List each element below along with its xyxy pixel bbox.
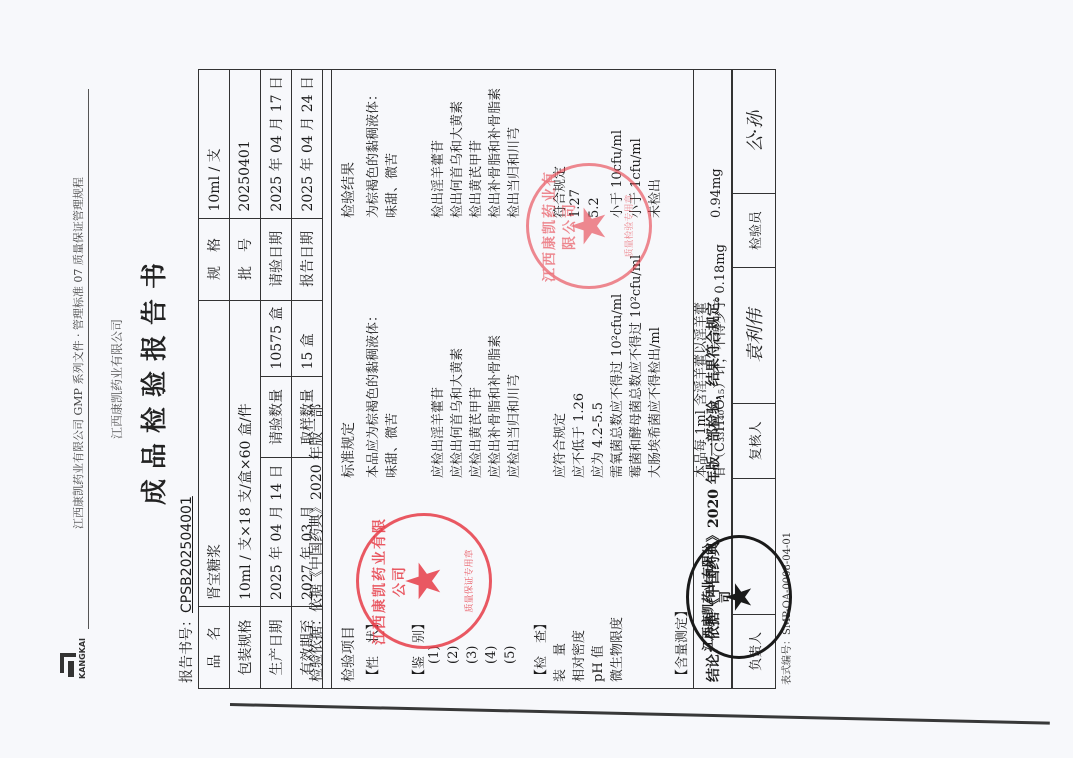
header-divider (88, 89, 89, 629)
result-row-standard: 霉菌和酵母菌总数应不得过 10²cfu/ml (625, 255, 644, 478)
label-inspector: 检验员 (733, 193, 776, 267)
request-date: 2025 年 04 月 17 日 (261, 70, 292, 219)
result-row-item: pH 值 (587, 645, 606, 682)
page-title: 成品检验报告书 (134, 69, 171, 689)
result-row-result: 味甜、微苦 (381, 153, 400, 218)
result-row-standard: 应检出何首乌和大黄素 (446, 348, 465, 478)
section-heading: 【含量测定】 (671, 604, 690, 682)
result-row-standard: 应检出当归和川芎 (503, 374, 522, 478)
spec: 10ml / 支 (199, 70, 230, 219)
result-row-standard: 应检出淫羊藿苷 (427, 387, 446, 478)
document-header: KANGKAI 江西康凯药业有限公司 GMP 系列文件 · 管理标准 07 质量… (56, 69, 96, 689)
gmp-doc-reference: 江西康凯药业有限公司 GMP 系列文件 · 管理标准 07 质量保证管理规程 (70, 177, 86, 529)
result-row-item: (4) (484, 646, 499, 664)
company-logo-icon: KANGKAI (60, 645, 90, 679)
request-qty: 10575 盒 (261, 300, 292, 376)
result-row-item: 微生物限度 (606, 617, 625, 682)
package: 10ml / 支×18 支/盒×60 盒/件 (230, 300, 261, 607)
label-production-date: 生产日期 (261, 607, 292, 689)
scan-artifact-line (230, 703, 1050, 725)
reviewer-signature: 袁利伟 (733, 268, 776, 404)
red-quality-stamp-top: 江西康凯药业有限公司 ★ 质量保证专用章 (356, 513, 492, 649)
result-row-standard: 味甜、微苦 (381, 413, 400, 478)
red-quality-stamp-bottom: 江西康凯药业有限公司 ★ 质量检验专用章 (526, 163, 652, 289)
batch: 20250401 (230, 70, 261, 219)
column-header-standard: 标准规定 (338, 422, 358, 478)
result-row-item: (2) (446, 646, 461, 664)
result-row-result: 为棕褐色的黏稠液体： (362, 88, 381, 218)
report-serial: 报告书号：CPSB202504001 (176, 496, 196, 683)
result-row-standard: 应符合规定 (549, 413, 568, 478)
column-header-result: 检验结果 (338, 162, 358, 218)
result-row-standard: 应为 4.2-5.5 (587, 402, 606, 478)
serial-number: CPSB202504001 (179, 496, 195, 613)
section-heading: 【检 查】 (530, 617, 549, 682)
column-header-item: 检验项目 (338, 626, 358, 682)
result-row-standard: 应检出黄芪甲苷 (465, 387, 484, 478)
inspection-report-page: KANGKAI 江西康凯药业有限公司 GMP 系列文件 · 管理标准 07 质量… (56, 69, 1016, 689)
inspection-basis: 检验依据：依据《中国药典》2020 年版一部 (300, 69, 332, 689)
result-row-result: 检出当归和川芎 (503, 127, 522, 218)
label-reviewer: 复核人 (733, 404, 776, 478)
label-spec: 规 格 (199, 218, 230, 300)
label-request-date: 请验日期 (261, 218, 292, 300)
black-company-stamp: 江西康凯药业有限公司 ★ (686, 535, 792, 659)
result-row-result: 检出黄芪甲苷 (465, 140, 484, 218)
result-row-item: 相对密度 (568, 630, 587, 682)
result-row-standard: 应检出补骨脂和补骨脂素 (484, 335, 503, 478)
result-row-result: 检出何首乌和大黄素 (446, 101, 465, 218)
product-name: 肾宝糖浆 (199, 300, 230, 607)
result-row-standard: 需氧菌总数应不得过 10²cfu/ml (606, 294, 625, 478)
result-row-standard: 本品应为棕褐色的黏稠液体： (362, 309, 381, 478)
inspector-signature: 公·孙 (733, 70, 776, 194)
label-request-qty: 请验数量 (261, 376, 292, 458)
result-row-standard: 应不低于 1.26 (568, 393, 587, 478)
result-row-result: 检出淫羊藿苷 (427, 140, 446, 218)
result-row-item: 装 量 (549, 643, 568, 682)
company-name: 江西康凯药业有限公司 (108, 69, 125, 689)
production-date: 2025 年 04 月 14 日 (261, 458, 292, 607)
result-row-item: (3) (465, 646, 480, 664)
result-row-result: 检出补骨脂和补骨脂素 (484, 88, 503, 218)
result-row-standard: 大肠埃希菌应不得检出/ml (644, 327, 663, 478)
label-product-name: 品 名 (199, 607, 230, 689)
result-row-item: (5) (503, 646, 518, 664)
label-batch: 批 号 (230, 218, 261, 300)
label-package: 包装规格 (230, 607, 261, 689)
